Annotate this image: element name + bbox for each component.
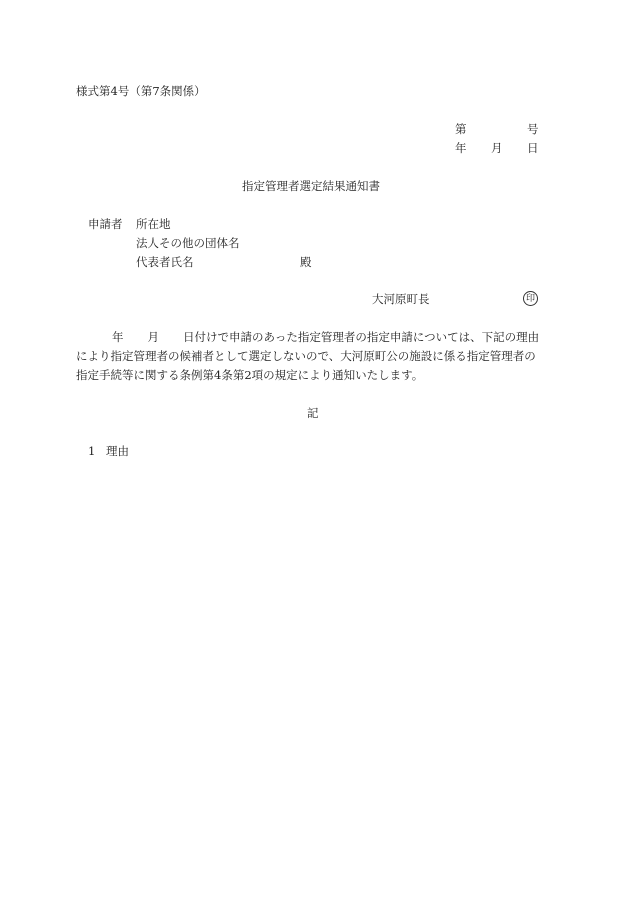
representative-name-label: 代表者氏名: [136, 253, 194, 272]
reference-number-prefix: 第: [455, 120, 467, 139]
notice-body: 年月日付けで申請のあった指定管理者の指定申請については、下記の理由 により指定管…: [76, 328, 542, 385]
body-line-1-text: 日付けで申請のあった指定管理者の指定申請については、下記の理由: [183, 330, 539, 344]
honorific: 殿: [300, 253, 312, 272]
body-date-month: 月: [148, 330, 160, 344]
item-label-reason: 理由: [106, 442, 129, 461]
body-line-2: により指定管理者の候補者として選定しないので、大河原町公の施設に係る指定管理者の: [76, 347, 542, 366]
item-number: 1: [88, 442, 95, 461]
date-year: 年: [455, 139, 467, 158]
address-label: 所在地: [136, 215, 171, 234]
date-month: 月: [491, 139, 503, 158]
applicant-label: 申請者: [88, 215, 123, 234]
document-title: 指定管理者選定結果通知書: [242, 177, 380, 196]
note-heading: 記: [307, 404, 319, 423]
seal-icon: 印: [523, 291, 538, 306]
date-day: 日: [527, 139, 539, 158]
body-line-3: 指定手続等に関する条例第4条第2項の規定により通知いたします。: [76, 366, 542, 385]
form-number: 様式第4号（第7条関係）: [76, 82, 206, 101]
organization-name-label: 法人その他の団体名: [136, 234, 240, 253]
body-line-1: 年月日付けで申請のあった指定管理者の指定申請については、下記の理由: [76, 328, 542, 347]
issuer-name: 大河原町長: [372, 290, 430, 309]
body-date-year: 年: [112, 330, 124, 344]
reference-number-suffix: 号: [527, 120, 539, 139]
